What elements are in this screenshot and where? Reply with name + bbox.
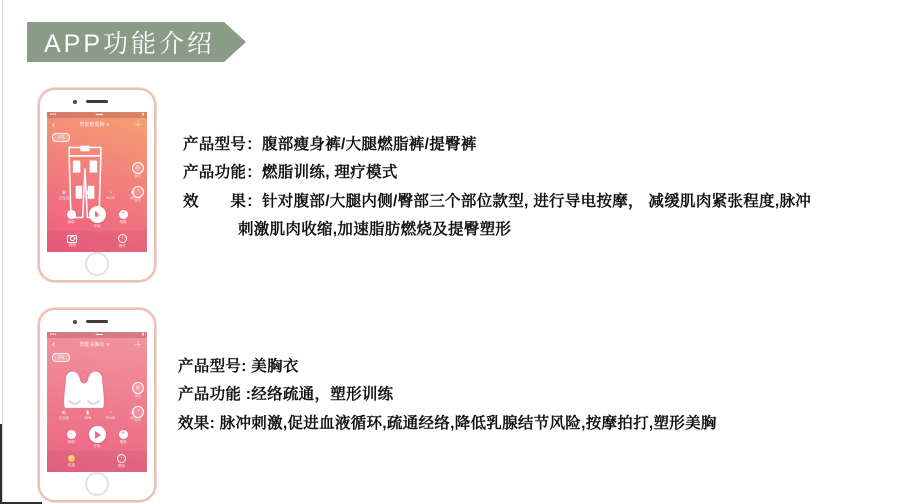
home-button[interactable]	[85, 472, 109, 496]
info-icon	[118, 234, 127, 243]
app-nav-bar: ‹ 智能美胸衣 ∨ ＋	[47, 338, 147, 351]
body-part-label: 部位	[135, 175, 142, 179]
timer-icon: ◔	[136, 409, 139, 414]
target-icon: ◎	[136, 386, 140, 391]
app-screen-pants: ●●● ▬▬ ▮ ‹ 智能燃脂裤 ∨ ＋ 连接 ◎ 部位	[47, 112, 147, 252]
bra-icon	[55, 369, 113, 419]
back-icon[interactable]: ‹	[52, 120, 55, 129]
battery-icon: ▮	[142, 333, 144, 337]
bra-illustration-area: ◎ 部位 ◔ 定时	[47, 362, 147, 410]
status-time: ▬▬	[96, 113, 103, 117]
increase-button[interactable]: +	[119, 430, 128, 439]
increase-button[interactable]: +	[119, 210, 128, 219]
bra-description: 产品型号: 美胸衣 产品功能 :经络疏通，塑形训练 效果: 脉冲刺激,促进血液循…	[178, 353, 717, 438]
timer-icon: ◔	[136, 189, 139, 194]
phone-mockup-bra: ●●● ▬▬ ▮ ‹ 智能美胸衣 ∨ ＋ 连接 ◎ 部位 ◔	[38, 308, 156, 502]
bottom-nav: 疏通 塑形	[47, 451, 147, 472]
bra-function-line: 产品功能 :经络疏通，塑形训练	[178, 381, 717, 409]
decrease-button[interactable]: –	[67, 430, 76, 439]
slide-left-edge-line	[2, 0, 3, 504]
earpiece-speaker	[86, 100, 108, 103]
title-ribbon: APP功能介绍	[27, 22, 246, 62]
timer-button[interactable]: ◔	[132, 406, 144, 418]
status-time: ▬▬	[96, 333, 103, 337]
pants-icon	[57, 144, 113, 220]
app-nav-bar: ‹ 智能燃脂裤 ∨ ＋	[47, 118, 147, 131]
body-part-button[interactable]: ◎	[132, 382, 144, 394]
pants-function-line: 产品功能：燃脂训练, 理疗模式	[183, 159, 811, 187]
info-icon	[117, 454, 126, 463]
add-icon[interactable]: ＋	[134, 121, 142, 129]
app-title[interactable]: 智能美胸衣 ∨	[79, 341, 109, 348]
app-title[interactable]: 智能燃脂裤 ∨	[79, 121, 109, 128]
bra-effect-line: 效果: 脉冲刺激,促进血液循环,疏通经络,降低乳腺结节风险,按摩拍打,塑形美胸	[178, 410, 717, 438]
body-part-button[interactable]: ◎	[132, 162, 144, 174]
camera-icon	[67, 235, 77, 243]
home-button[interactable]	[85, 252, 109, 276]
target-icon: ◎	[136, 166, 140, 171]
timer-button[interactable]: ◔	[132, 186, 144, 198]
control-row: – 减弱 开始 + 增强	[47, 422, 147, 451]
earpiece-speaker	[86, 320, 108, 323]
pants-model-line: 产品型号：腹部瘦身裤/大腿燃脂裤/提臀裤	[183, 131, 811, 159]
bottom-nav-item-2[interactable]: 塑形	[117, 454, 126, 468]
timer-label: 定时	[135, 199, 142, 203]
pants-effect-line-2: 刺激肌肉收缩,加速脂肪燃烧及提臀塑形	[183, 216, 811, 244]
pants-illustration-area: ◎ 部位 ◔ 定时	[47, 142, 147, 190]
timer-label: 定时	[135, 419, 142, 423]
connection-badge: 连接	[52, 353, 70, 362]
front-camera-icon	[73, 320, 77, 324]
play-icon	[95, 431, 101, 439]
bottom-nav: 燃脂 理疗	[47, 231, 147, 252]
side-button-column: ◎ 部位 ◔ 定时	[132, 382, 144, 422]
signal-icon: ●●●	[50, 113, 56, 117]
bra-model-line: 产品型号: 美胸衣	[178, 353, 717, 381]
add-icon[interactable]: ＋	[134, 341, 142, 349]
bottom-nav-item-2[interactable]: 理疗	[118, 234, 127, 248]
pants-description: 产品型号：腹部瘦身裤/大腿燃脂裤/提臀裤 产品功能：燃脂训练, 理疗模式 效 果…	[183, 131, 811, 245]
connection-badge: 连接	[52, 133, 70, 142]
page-title: APP功能介绍	[44, 24, 215, 60]
slide-corner-dark-left	[0, 424, 2, 504]
bottom-nav-item-1[interactable]: 疏通	[68, 455, 75, 467]
play-button[interactable]	[89, 426, 106, 443]
phone-mockup-slimming-pants: ●●● ▬▬ ▮ ‹ 智能燃脂裤 ∨ ＋ 连接 ◎ 部位	[38, 88, 156, 282]
bottom-nav-item-1[interactable]: 燃脂	[67, 235, 77, 248]
battery-icon: ▮	[142, 113, 144, 117]
sphere-icon	[68, 455, 75, 462]
side-button-column: ◎ 部位 ◔ 定时	[132, 162, 144, 202]
body-part-label: 部位	[135, 395, 142, 399]
signal-icon: ●●●	[50, 333, 56, 337]
app-screen-bra: ●●● ▬▬ ▮ ‹ 智能美胸衣 ∨ ＋ 连接 ◎ 部位 ◔	[47, 332, 147, 472]
pants-effect-line: 效 果：针对腹部/大腿内侧/臀部三个部位款型, 进行导电按摩， 减缓肌肉紧张程度…	[183, 188, 811, 216]
front-camera-icon	[73, 100, 77, 104]
back-icon[interactable]: ‹	[52, 340, 55, 349]
